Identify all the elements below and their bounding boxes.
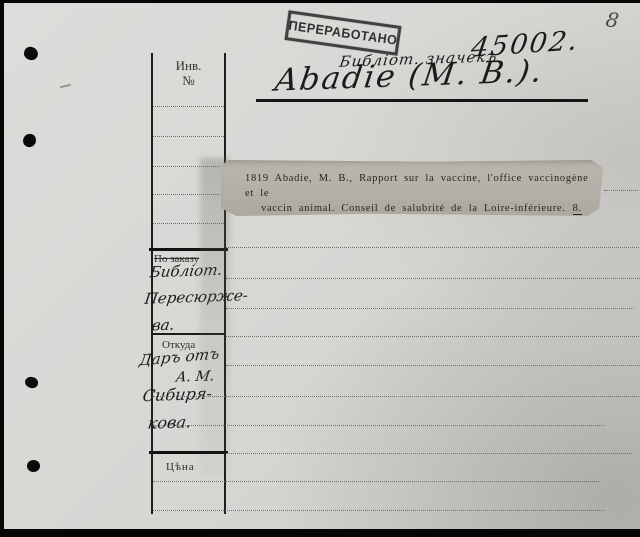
ruled-line-fragment <box>604 190 638 191</box>
hole-punch <box>24 376 38 389</box>
ruled-line <box>226 247 639 248</box>
slip-line1: 1819 Abadie, M. B., Rapport sur la vacci… <box>245 171 595 201</box>
reprocessed-stamp-label: ПЕРЕРАБОТАНО <box>288 18 399 48</box>
card-paper: 8 ПЕРЕРАБОТАНО Библіот. значекъ 45002. A… <box>4 3 640 529</box>
hole-punch <box>27 460 40 472</box>
pasted-bibliographic-slip: 1819 Abadie, M. B., Rapport sur la vacci… <box>221 160 603 216</box>
ruled-line <box>226 308 634 309</box>
number-sign-label: № <box>153 73 224 88</box>
price-label: Цѣна <box>166 461 195 473</box>
ruled-line <box>226 453 632 454</box>
author-heading: Abadie (М. В.). <box>273 53 546 98</box>
inventory-number-header: Инв. № <box>153 58 224 88</box>
scanned-catalog-card: 8 ПЕРЕРАБОТАНО Библіот. значекъ 45002. A… <box>0 0 640 537</box>
ruled-line <box>153 510 604 511</box>
column-rule-left <box>151 53 153 514</box>
slip-line2-text: vaccin animal. Conseil de salubrité de l… <box>261 203 566 214</box>
origin-handwriting-line4: кова. <box>147 412 193 432</box>
author-underline <box>256 99 588 102</box>
slip-text: 1819 Abadie, M. B., Rapport sur la vacci… <box>245 171 595 231</box>
slip-line2: vaccin animal. Conseil de salubrité de l… <box>261 201 595 231</box>
pencil-mark <box>60 84 71 89</box>
hole-punch <box>22 133 37 148</box>
ruled-line <box>226 365 640 366</box>
ruled-line <box>153 481 599 482</box>
order-handwriting-line3: ва. <box>151 316 176 335</box>
reprocessed-stamp: ПЕРЕРАБОТАНО <box>284 10 401 56</box>
hole-punch <box>22 45 39 62</box>
ruled-line <box>226 278 640 279</box>
page-number: 8 <box>604 7 620 33</box>
ruled-line <box>226 336 639 337</box>
inventory-label: Инв. <box>153 58 224 73</box>
ruled-line <box>153 106 224 107</box>
order-handwriting-line2: Пересюрже- <box>143 286 249 308</box>
ruled-line <box>153 136 224 137</box>
